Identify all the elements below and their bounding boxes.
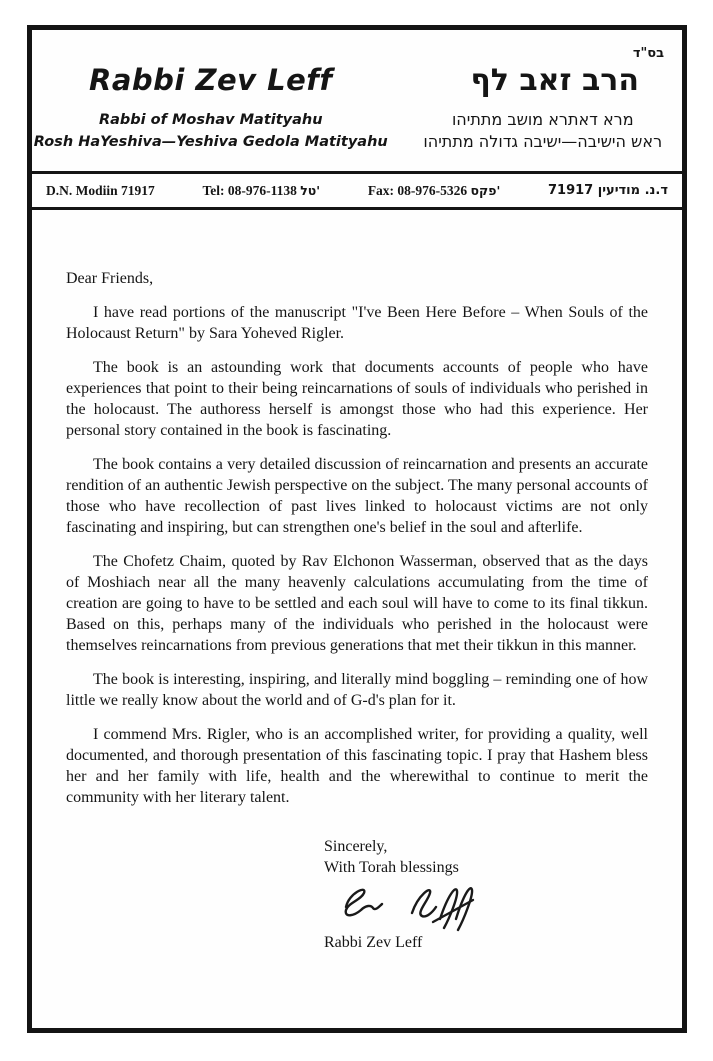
paragraph: The book contains a very detailed discus… <box>66 454 648 538</box>
rabbi-name-hebrew: הרב זאב לף <box>390 63 683 98</box>
paragraph: I have read portions of the manuscript "… <box>66 302 648 344</box>
address-english: D.N. Modiin 71917 <box>46 183 155 199</box>
closing-blessings: With Torah blessings <box>324 857 648 878</box>
rabbi-titles-hebrew: מרא דאתרא מושב מתתיהו ראש הישיבה—ישיבה ג… <box>390 109 683 154</box>
paragraph: I commend Mrs. Rigler, who is an accompl… <box>66 724 648 808</box>
closing-sincerely: Sincerely, <box>324 836 648 857</box>
signature-handwriting <box>332 880 492 932</box>
letter-body: Dear Friends, I have read portions of th… <box>32 268 682 953</box>
rabbi-name-english: Rabbi Zev Leff <box>32 63 390 97</box>
paragraph: The book is interesting, inspiring, and … <box>66 669 648 711</box>
closing-block: Sincerely, With Torah blessings Rabbi Ze… <box>324 836 648 953</box>
fax-number: Fax: 08-976-5326 <box>368 183 467 198</box>
rabbi-title-hebrew-2: ראש הישיבה—ישיבה גדולה מתתיהו <box>404 131 683 153</box>
fax: Fax: 08-976-5326 פקס' <box>368 183 500 199</box>
telephone-number: Tel: 08-976-1138 <box>202 183 296 198</box>
letter-page: בס"ד Rabbi Zev Leff Rabbi of Moshav Mati… <box>27 25 687 1033</box>
letterhead-hebrew-column: הרב זאב לף מרא דאתרא מושב מתתיהו ראש היש… <box>390 63 683 154</box>
fax-hebrew-label: פקס' <box>471 183 501 198</box>
paragraph: The Chofetz Chaim, quoted by Rav Elchono… <box>66 551 648 656</box>
salutation: Dear Friends, <box>66 268 648 289</box>
telephone: Tel: 08-976-1138 טל' <box>202 183 320 199</box>
bsd-label: בס"ד <box>32 30 682 61</box>
signer-name: Rabbi Zev Leff <box>324 932 648 953</box>
paragraph: The book is an astounding work that docu… <box>66 357 648 441</box>
letterhead: Rabbi Zev Leff Rabbi of Moshav Matityahu… <box>32 63 682 154</box>
rabbi-title-english-1: Rabbi of Moshav Matityahu <box>32 110 390 132</box>
paragraphs-container: I have read portions of the manuscript "… <box>66 302 648 808</box>
telephone-hebrew-label: טל' <box>300 183 320 198</box>
contact-bar: D.N. Modiin 71917 Tel: 08-976-1138 טל' F… <box>32 171 682 210</box>
rabbi-title-hebrew-1: מרא דאתרא מושב מתתיהו <box>404 109 683 131</box>
rabbi-titles-english: Rabbi of Moshav Matityahu Rosh HaYeshiva… <box>32 110 390 154</box>
letterhead-english-column: Rabbi Zev Leff Rabbi of Moshav Matityahu… <box>32 63 390 154</box>
rabbi-title-english-2: Rosh HaYeshiva—Yeshiva Gedola Matityahu <box>32 132 390 154</box>
address-hebrew: ד.נ. מודיעין 71917 <box>548 183 668 198</box>
